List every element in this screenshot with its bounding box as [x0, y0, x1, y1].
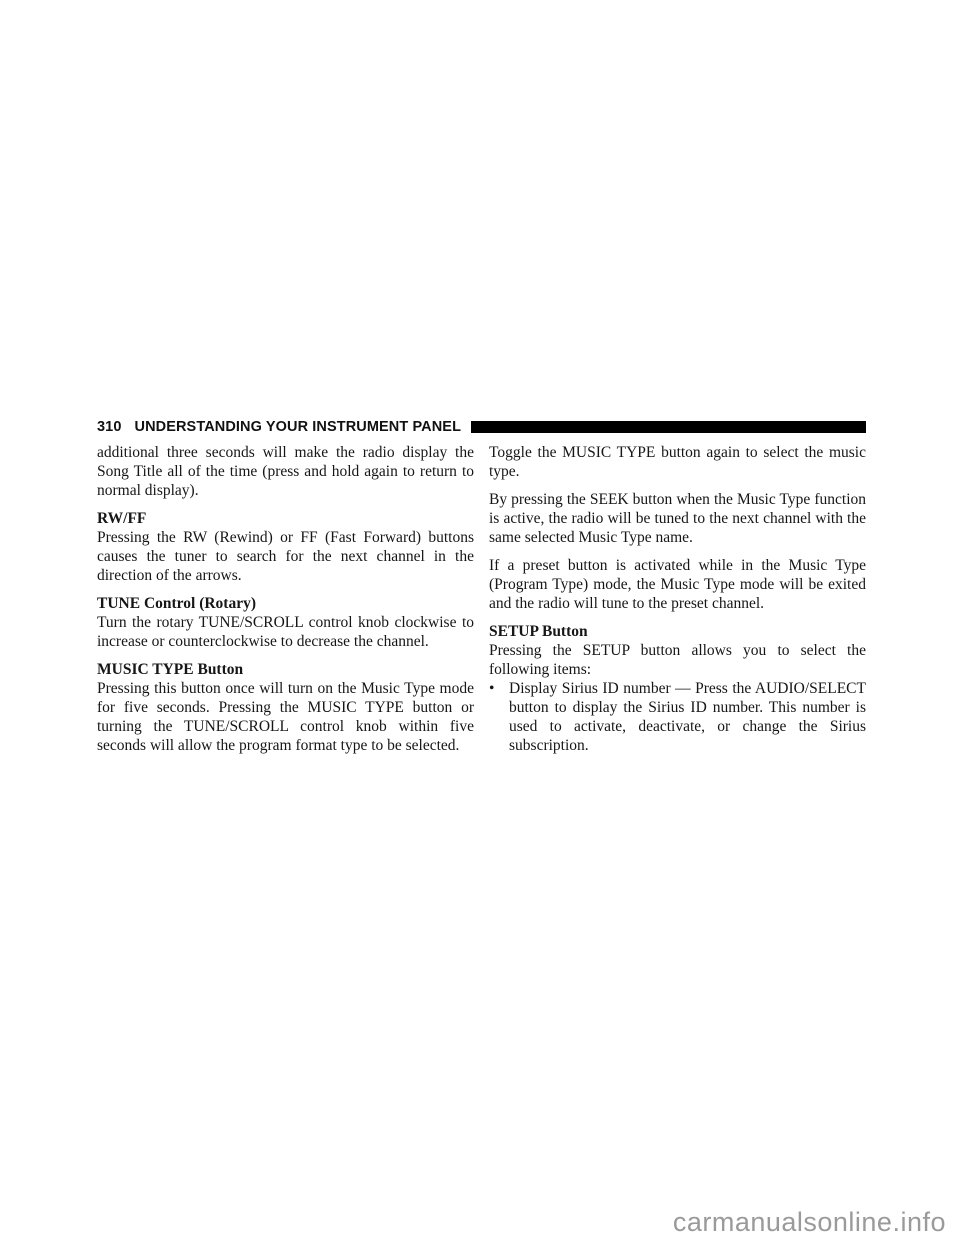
column-right: Toggle the MUSIC TYPE button again to se… [489, 443, 866, 764]
two-column-layout: additional three seconds will make the r… [97, 443, 866, 764]
bullet-text: Display Sirius ID number — Press the AUD… [509, 679, 866, 755]
section-body: Turn the rotary TUNE/SCROLL control knob… [97, 613, 474, 651]
page-header: 310 UNDERSTANDING YOUR INSTRUMENT PANEL [97, 419, 866, 435]
page-content: 310 UNDERSTANDING YOUR INSTRUMENT PANEL … [97, 419, 866, 764]
intro-paragraph: additional three seconds will make the r… [97, 443, 474, 500]
section-body: Pressing the RW (Rewind) or FF (Fast For… [97, 528, 474, 585]
manual-page: 310 UNDERSTANDING YOUR INSTRUMENT PANEL … [0, 0, 960, 1242]
section-rw-ff: RW/FF Pressing the RW (Rewind) or FF (Fa… [97, 509, 474, 585]
page-number: 310 [97, 419, 122, 435]
bullet-icon: • [489, 679, 509, 698]
column-left: additional three seconds will make the r… [97, 443, 474, 764]
bullet-list-item: • Display Sirius ID number — Press the A… [489, 679, 866, 755]
section-body: Pressing the SETUP button allows you to … [489, 641, 866, 679]
section-setup-button: SETUP Button Pressing the SETUP button a… [489, 622, 866, 755]
section-heading: RW/FF [97, 509, 474, 528]
paragraph: If a preset button is activated while in… [489, 556, 866, 613]
section-heading: MUSIC TYPE Button [97, 660, 474, 679]
section-heading: SETUP Button [489, 622, 866, 641]
paragraph: Toggle the MUSIC TYPE button again to se… [489, 443, 866, 481]
paragraph: By pressing the SEEK button when the Mus… [489, 490, 866, 547]
page-title: UNDERSTANDING YOUR INSTRUMENT PANEL [135, 419, 462, 435]
section-music-type: MUSIC TYPE Button Pressing this button o… [97, 660, 474, 755]
header-rule [471, 421, 866, 433]
section-heading: TUNE Control (Rotary) [97, 594, 474, 613]
watermark: carmanualsonline.info [673, 1208, 946, 1238]
section-body: Pressing this button once will turn on t… [97, 679, 474, 755]
section-tune-control: TUNE Control (Rotary) Turn the rotary TU… [97, 594, 474, 651]
